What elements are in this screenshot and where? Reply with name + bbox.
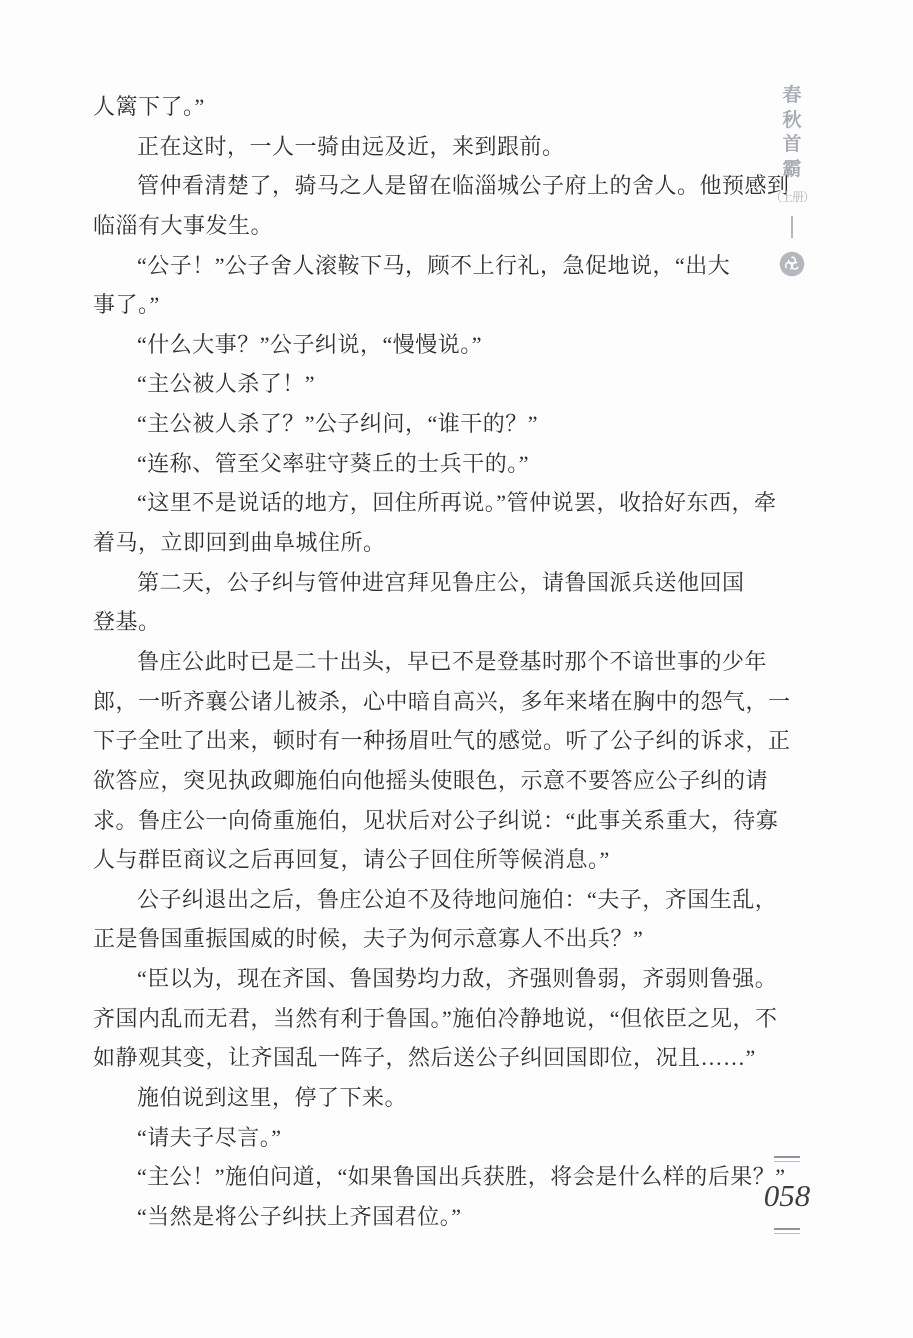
text-line: 临淄有大事发生。 <box>93 206 749 246</box>
text-line: 人与群臣商议之后再回复，请公子回住所等候消息。” <box>93 840 749 880</box>
text-line: 郎，一听齐襄公诸儿被杀，心中暗自高兴，多年来堵在胸中的怨气，一 <box>93 682 749 722</box>
text-line: 事了。” <box>93 285 749 325</box>
sidebar: 春秋首霸 （上册） <box>766 84 818 277</box>
text-line: 第二天，公子纠与管仲进宫拜见鲁庄公，请鲁国派兵送他回国 <box>93 563 749 603</box>
text-line: “臣以为，现在齐国、鲁国势均力敌，齐强则鲁弱，齐弱则鲁强。 <box>93 959 749 999</box>
text-line: “主公被人杀了？”公子纠问，“谁干的？” <box>93 404 749 444</box>
text-line: “请夫子尽言。” <box>93 1118 749 1158</box>
text-line: “主公！”施伯问道，“如果鲁国出兵获胜，将会是什么样的后果？” <box>93 1157 749 1197</box>
text-block: 人篱下了。”正在这时，一人一骑由远及近，来到跟前。管仲看清楚了，骑马之人是留在临… <box>93 87 749 1237</box>
text-line: 鲁庄公此时已是二十出头，早已不是登基时那个不谙世事的少年 <box>93 642 749 682</box>
text-line: “连称、管至父率驻守葵丘的士兵干的。” <box>93 444 749 484</box>
text-line: 着马，立即回到曲阜城住所。 <box>93 523 749 563</box>
folio-rule-bottom <box>774 1228 800 1234</box>
volume-label: （上册） <box>766 188 818 205</box>
text-line: 施伯说到这里，停了下来。 <box>93 1078 749 1118</box>
text-line: 齐国内乱而无君，当然有利于鲁国。”施伯冷静地说，“但依臣之见，不 <box>93 999 749 1039</box>
text-line: 人篱下了。” <box>93 87 749 127</box>
text-line: “主公被人杀了！” <box>93 364 749 404</box>
page-number: 058 <box>758 1176 816 1216</box>
text-line: “公子！”公子舍人滚鞍下马，顾不上行礼，急促地说，“出大 <box>93 246 749 286</box>
text-line: “什么大事？”公子纠说，“慢慢说。” <box>93 325 749 365</box>
sidebar-title: 春秋首霸 <box>766 84 818 182</box>
text-line: 下子全吐了出来，顿时有一种扬眉吐气的感觉。听了公子纠的诉求，正 <box>93 721 749 761</box>
sidebar-divider <box>791 216 793 238</box>
text-line: 公子纠退出之后，鲁庄公迫不及待地问施伯：“夫子，齐国生乱， <box>93 880 749 920</box>
text-line: 正在这时，一人一骑由远及近，来到跟前。 <box>93 127 749 167</box>
text-line: 正是鲁国重振国威的时候，夫子为何示意寡人不出兵？” <box>93 919 749 959</box>
sidebar-title-char: 霸 <box>766 158 818 183</box>
folio-rule-top <box>774 1156 800 1162</box>
text-line: 管仲看清楚了，骑马之人是留在临淄城公子府上的舍人。他预感到 <box>93 166 749 206</box>
sidebar-title-char: 首 <box>766 133 818 158</box>
seal-icon <box>779 251 805 277</box>
text-line: 登基。 <box>93 602 749 642</box>
sidebar-title-char: 秋 <box>766 109 818 134</box>
text-line: 欲答应，突见执政卿施伯向他摇头使眼色，示意不要答应公子纠的请 <box>93 761 749 801</box>
text-line: 如静观其变，让齐国乱一阵子，然后送公子纠回国即位，况且……” <box>93 1038 749 1078</box>
text-line: “当然是将公子纠扶上齐国君位。” <box>93 1197 749 1237</box>
sidebar-title-char: 春 <box>766 84 818 109</box>
text-line: “这里不是说话的地方，回住所再说。”管仲说罢，收拾好东西，牵 <box>93 483 749 523</box>
text-line: 求。鲁庄公一向倚重施伯，见状后对公子纠说：“此事关系重大，待寡 <box>93 801 749 841</box>
